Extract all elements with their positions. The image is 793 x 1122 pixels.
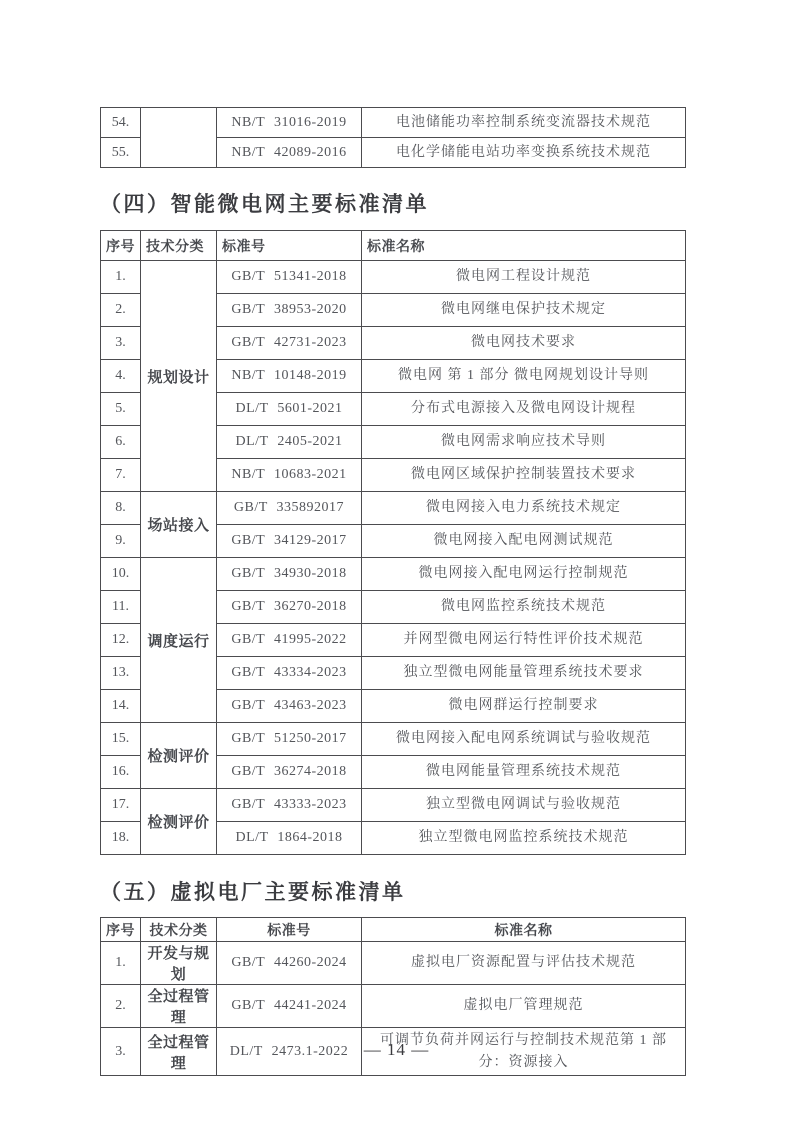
standard-number-cell: GB/T 34129-2017 <box>217 525 362 558</box>
microgrid-standards-table: 序号技术分类标准号标准名称1.规划设计GB/T 51341-2018微电网工程设… <box>100 230 686 855</box>
standard-number-cell: GB/T 36274-2018 <box>217 756 362 789</box>
standard-name-cell: 微电网接入配电网测试规范 <box>362 525 686 558</box>
standard-name-cell: 微电网接入配电网系统调试与验收规范 <box>362 723 686 756</box>
category-cell: 调度运行 <box>141 558 217 723</box>
table-row: 1.开发与规划GB/T 44260-2024虚拟电厂资源配置与评估技术规范 <box>101 942 686 985</box>
row-number-cell: 17. <box>101 789 141 822</box>
category-cell <box>141 108 217 168</box>
standard-number-cell: NB/T 10148-2019 <box>217 360 362 393</box>
column-header-category: 技术分类 <box>141 231 217 261</box>
standard-name-cell: 电池储能功率控制系统变流器技术规范 <box>362 108 686 138</box>
category-cell: 检测评价 <box>141 723 217 789</box>
row-number-cell: 2. <box>101 294 141 327</box>
row-number-cell: 15. <box>101 723 141 756</box>
table-row: 1.规划设计GB/T 51341-2018微电网工程设计规范 <box>101 261 686 294</box>
standard-name-cell: 微电网工程设计规范 <box>362 261 686 294</box>
continuation-table: 54.NB/T 31016-2019电池储能功率控制系统变流器技术规范55.NB… <box>100 107 686 168</box>
row-number-cell: 14. <box>101 690 141 723</box>
standard-number-cell: GB/T 34930-2018 <box>217 558 362 591</box>
row-number-cell: 7. <box>101 459 141 492</box>
category-cell: 开发与规划 <box>141 942 217 985</box>
standard-name-cell: 微电网监控系统技术规范 <box>362 591 686 624</box>
category-cell: 全过程管理 <box>141 985 217 1028</box>
category-cell: 检测评价 <box>141 789 217 855</box>
row-number-cell: 5. <box>101 393 141 426</box>
page-number: — 14 — <box>0 1040 793 1060</box>
row-number-cell: 11. <box>101 591 141 624</box>
section-heading-virtual-power-plant: （五）虚拟电厂主要标准清单 <box>100 879 685 905</box>
category-cell: 规划设计 <box>141 261 217 492</box>
table-row: 15.检测评价GB/T 51250-2017微电网接入配电网系统调试与验收规范 <box>101 723 686 756</box>
table-row: 2.全过程管理GB/T 44241-2024虚拟电厂管理规范 <box>101 985 686 1028</box>
standard-number-cell: GB/T 42731-2023 <box>217 327 362 360</box>
standard-number-cell: GB/T 43334-2023 <box>217 657 362 690</box>
column-header-standard-name: 标准名称 <box>362 231 686 261</box>
column-header-row-number: 序号 <box>101 918 141 942</box>
standard-number-cell: GB/T 44241-2024 <box>217 985 362 1028</box>
row-number-cell: 12. <box>101 624 141 657</box>
row-number-cell: 3. <box>101 327 141 360</box>
standard-number-cell: GB/T 335892017 <box>217 492 362 525</box>
document-content: 54.NB/T 31016-2019电池储能功率控制系统变流器技术规范55.NB… <box>100 107 685 1076</box>
column-header-category: 技术分类 <box>141 918 217 942</box>
row-number-cell: 13. <box>101 657 141 690</box>
category-cell: 场站接入 <box>141 492 217 558</box>
standard-number-cell: DL/T 2405-2021 <box>217 426 362 459</box>
row-number-cell: 2. <box>101 985 141 1028</box>
row-number-cell: 9. <box>101 525 141 558</box>
standard-name-cell: 微电网继电保护技术规定 <box>362 294 686 327</box>
standard-number-cell: GB/T 43463-2023 <box>217 690 362 723</box>
standard-name-cell: 微电网区域保护控制装置技术要求 <box>362 459 686 492</box>
row-number-cell: 10. <box>101 558 141 591</box>
row-number-cell: 6. <box>101 426 141 459</box>
row-number-cell: 16. <box>101 756 141 789</box>
row-number-cell: 18. <box>101 822 141 855</box>
table-row: 8.场站接入GB/T 335892017微电网接入电力系统技术规定 <box>101 492 686 525</box>
section-heading-microgrid: （四）智能微电网主要标准清单 <box>100 191 685 217</box>
standard-name-cell: 独立型微电网监控系统技术规范 <box>362 822 686 855</box>
column-header-standard-name: 标准名称 <box>362 918 686 942</box>
row-number-cell: 55. <box>101 138 141 168</box>
table-row: 10.调度运行GB/T 34930-2018微电网接入配电网运行控制规范 <box>101 558 686 591</box>
standard-number-cell: GB/T 51250-2017 <box>217 723 362 756</box>
standard-number-cell: GB/T 44260-2024 <box>217 942 362 985</box>
standard-name-cell: 微电网接入电力系统技术规定 <box>362 492 686 525</box>
standard-name-cell: 微电网 第 1 部分 微电网规划设计导则 <box>362 360 686 393</box>
standard-number-cell: DL/T 1864-2018 <box>217 822 362 855</box>
standard-name-cell: 微电网接入配电网运行控制规范 <box>362 558 686 591</box>
standard-name-cell: 虚拟电厂资源配置与评估技术规范 <box>362 942 686 985</box>
column-header-standard-number: 标准号 <box>217 231 362 261</box>
header-row: 序号技术分类标准号标准名称 <box>101 231 686 261</box>
standard-number-cell: GB/T 41995-2022 <box>217 624 362 657</box>
standard-number-cell: GB/T 36270-2018 <box>217 591 362 624</box>
table-row: 17.检测评价GB/T 43333-2023独立型微电网调试与验收规范 <box>101 789 686 822</box>
row-number-cell: 1. <box>101 942 141 985</box>
standard-number-cell: DL/T 5601-2021 <box>217 393 362 426</box>
standard-name-cell: 虚拟电厂管理规范 <box>362 985 686 1028</box>
standard-name-cell: 分布式电源接入及微电网设计规程 <box>362 393 686 426</box>
header-row: 序号技术分类标准号标准名称 <box>101 918 686 942</box>
standard-number-cell: GB/T 43333-2023 <box>217 789 362 822</box>
row-number-cell: 8. <box>101 492 141 525</box>
standard-name-cell: 并网型微电网运行特性评价技术规范 <box>362 624 686 657</box>
standard-number-cell: NB/T 31016-2019 <box>217 108 362 138</box>
standard-name-cell: 独立型微电网调试与验收规范 <box>362 789 686 822</box>
standard-number-cell: NB/T 42089-2016 <box>217 138 362 168</box>
standard-name-cell: 微电网群运行控制要求 <box>362 690 686 723</box>
column-header-standard-number: 标准号 <box>217 918 362 942</box>
standard-number-cell: NB/T 10683-2021 <box>217 459 362 492</box>
standard-name-cell: 微电网技术要求 <box>362 327 686 360</box>
document-page: { "page": { "footer_page_number": "— 14 … <box>0 0 793 1122</box>
standard-name-cell: 独立型微电网能量管理系统技术要求 <box>362 657 686 690</box>
row-number-cell: 4. <box>101 360 141 393</box>
standard-name-cell: 微电网需求响应技术导则 <box>362 426 686 459</box>
standard-name-cell: 微电网能量管理系统技术规范 <box>362 756 686 789</box>
row-number-cell: 54. <box>101 108 141 138</box>
row-number-cell: 1. <box>101 261 141 294</box>
table-row: 54.NB/T 31016-2019电池储能功率控制系统变流器技术规范 <box>101 108 686 138</box>
standard-number-cell: GB/T 38953-2020 <box>217 294 362 327</box>
standard-number-cell: GB/T 51341-2018 <box>217 261 362 294</box>
standard-name-cell: 电化学储能电站功率变换系统技术规范 <box>362 138 686 168</box>
column-header-row-number: 序号 <box>101 231 141 261</box>
